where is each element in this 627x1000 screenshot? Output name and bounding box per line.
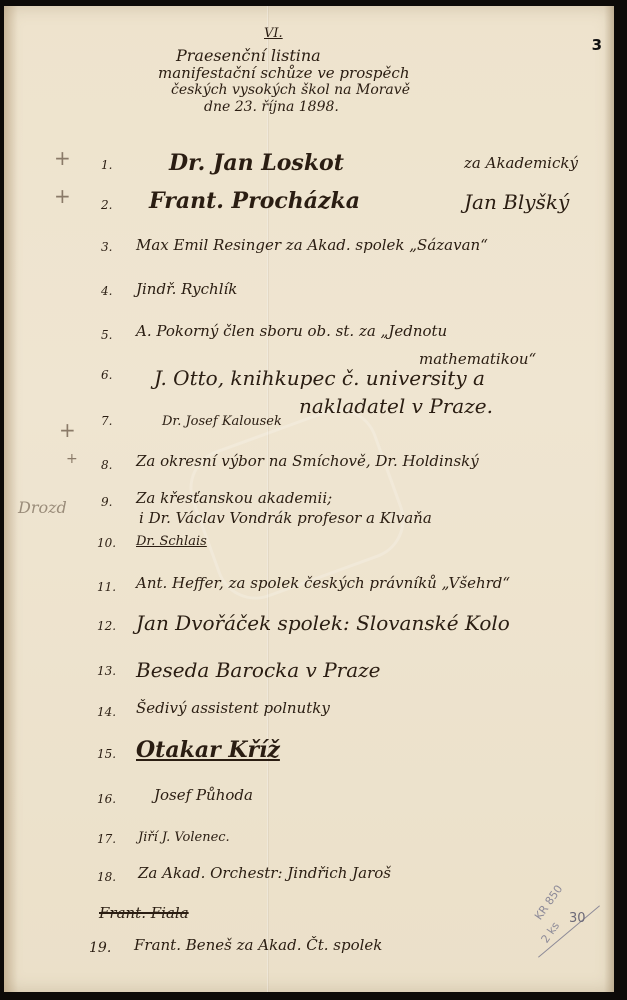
entry-number: 6. [101,368,112,382]
margin-cross-mark: + [59,418,76,442]
section-mark: VI. [264,26,283,41]
archive-number: 30 [569,911,586,926]
entry-number: 7. [101,414,112,428]
entry-number: 19. [89,940,111,956]
entry-text: Frant. Beneš za Akad. Čt. spolek [134,936,382,954]
entry-number: 15. [97,747,116,761]
entry-number: 12. [97,619,116,633]
entry-text: A. Pokorný člen sboru ob. st. za „Jednot… [136,322,447,340]
entry-number: 13. [97,664,116,678]
entry-signature: Frant. Procházka [149,188,360,214]
title-line-1: Praesenční listina [176,46,321,65]
entry-text: Max Emil Resinger za Akad. spolek „Sázav… [136,236,488,254]
entry-number: 17. [97,832,116,846]
margin-cross-mark: + [66,451,78,467]
entry-signature: Otakar Kříž [136,737,280,763]
entry-text-continued: nakladatel v Praze. [299,394,493,418]
entry-number: 18. [97,870,116,884]
entry-text: Za okresní výbor na Smíchově, Dr. Holdin… [136,452,479,470]
entry-text: Za Akad. Orchestr: Jindřich Jaroš [138,864,391,882]
entry-number: 1. [101,158,112,172]
entry-text: Šedivý assistent polnutky [136,699,330,717]
entry-text: Beseda Barocka v Praze [136,658,381,682]
page-number: 3 [592,36,602,54]
entry-signature: Dr. Jan Loskot [169,150,344,176]
margin-cross-mark: + [54,146,71,170]
entry-text: Za křesťanskou akademii; [136,489,332,507]
title-line-3: českých vysokých škol na Moravě [171,82,410,98]
title-line-4: dne 23. října 1898. [204,99,339,115]
title-line-2: manifestační schůze ve prospěch [158,64,409,82]
entry-text: J. Otto, knihkupec č. university a [154,366,485,390]
entry-number: 10. [97,536,116,550]
entry-number: 11. [97,580,116,594]
entry-text: Dr. Josef Kalousek [162,414,282,429]
entry-affiliation: za Akademický [464,154,578,172]
document-page: 3 VI. Praesenční listina manifestační sc… [4,6,614,992]
entry-number: 3. [101,240,112,254]
entry-text: Jan Dvořáček spolek: Slovanské Kolo [136,611,510,635]
entry-affiliation: Jan Blyšký [464,190,569,214]
margin-cross-mark: + [54,184,71,208]
entry-text: Ant. Heffer, za spolek českých právníků … [136,574,510,592]
entry-struck-text: Frant. Fiala [99,904,189,922]
archive-stamp: KR 850 2 ks 30 [529,886,599,966]
entry-number: 4. [101,284,112,298]
margin-note: Drozd [18,498,67,517]
entry-text-continued: i Dr. Václav Vondrák profesor a Klvaňa [139,509,432,527]
entry-number: 14. [97,705,116,719]
entry-signature: Dr. Schlais [136,534,207,549]
entry-number: 9. [101,495,112,509]
entry-number: 8. [101,458,112,472]
entry-number: 2. [101,198,112,212]
entry-number: 16. [97,792,116,806]
archive-signature: KR 850 [532,883,565,923]
archive-count: 2 ks [538,920,562,946]
entry-number: 5. [101,328,112,342]
entry-signature: Josef Půhoda [154,786,253,804]
entry-signature: Jiří J. Volenec. [138,830,230,845]
entry-text: Jindř. Rychlík [136,280,237,298]
